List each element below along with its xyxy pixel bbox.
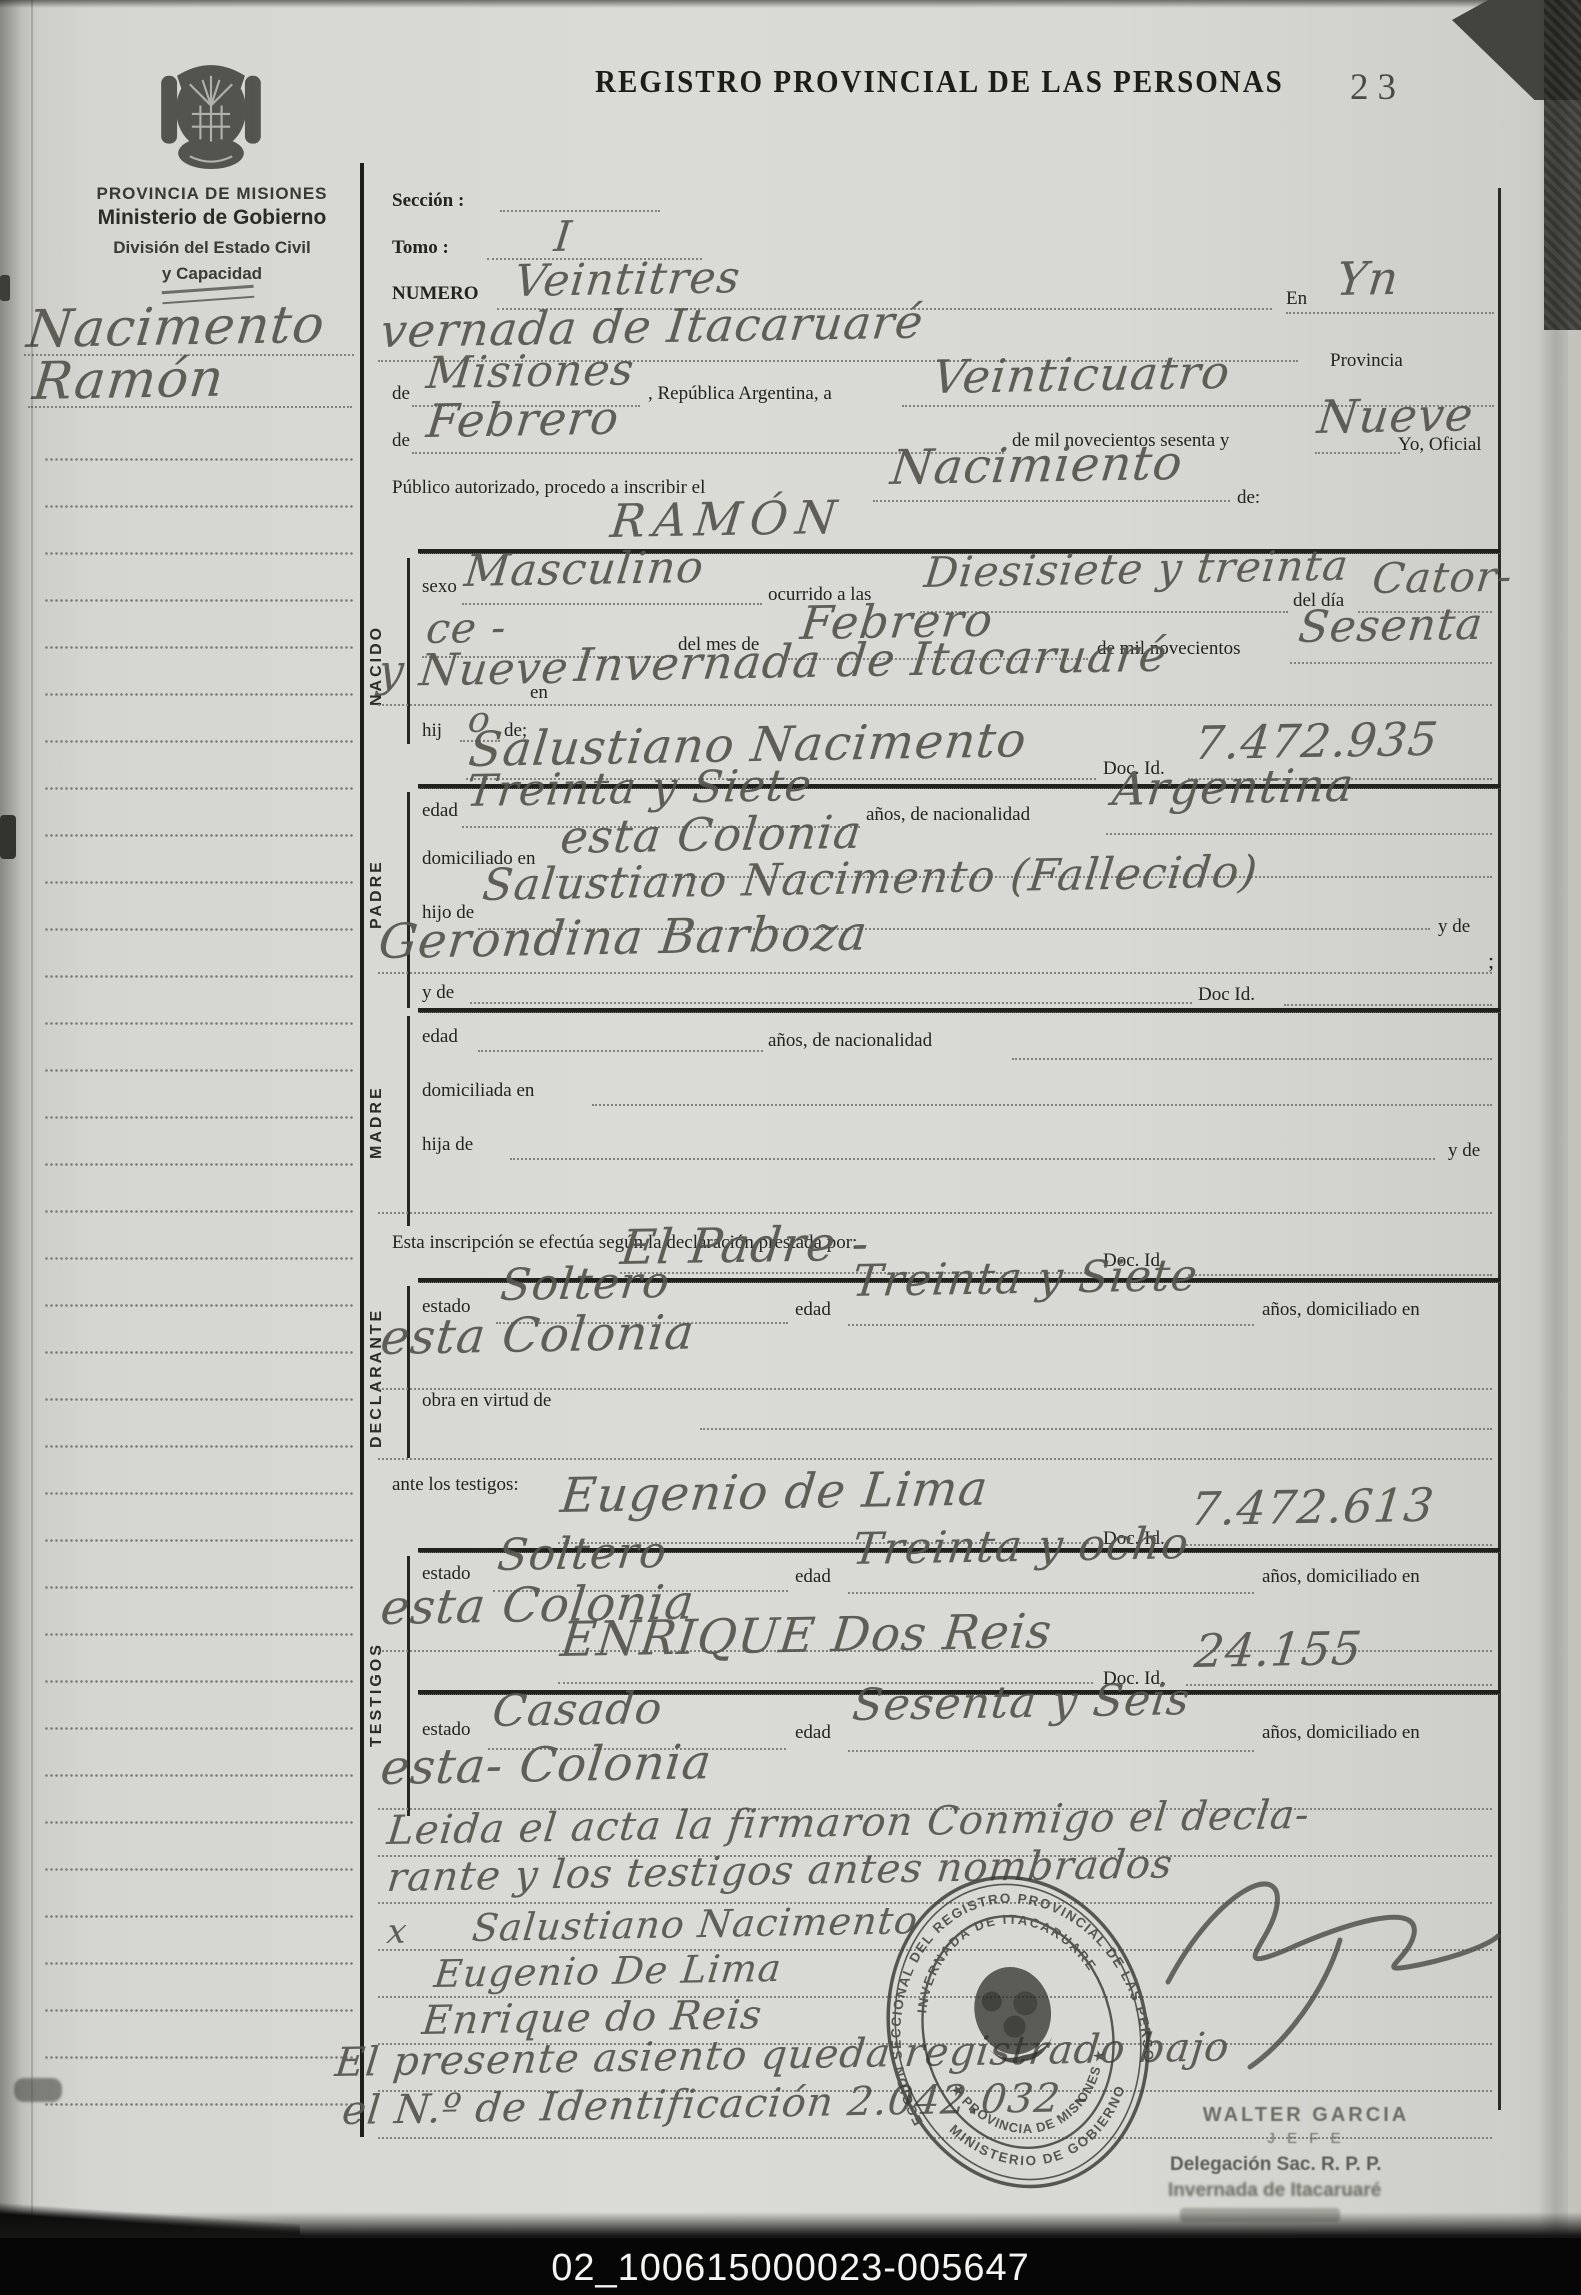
ante-label: ante los testigos: [392,1474,519,1496]
dotted-line [478,1050,763,1052]
testigo1-nombre: Eugenio de Lima [558,1461,991,1524]
dotted-line [848,1324,1254,1326]
section-bracket [407,1016,410,1226]
docid2-label: Doc Id. [1198,984,1255,1006]
provincia-label: Provincia [1330,350,1403,372]
abuela-value: Gerondina Barboza [376,905,871,970]
edad4-label: edad [795,1566,831,1588]
declarante-estado-value: Soltero [498,1257,673,1311]
yo-oficial-label: Yo, Oficial [1398,434,1482,456]
testigo1-edad: Treinta y ocho [850,1518,1192,1575]
column-divider [360,163,364,2137]
dotted-line [1286,312,1494,314]
domicilio2-label: domiciliada en [422,1080,534,1102]
provincia-crest-icon [158,52,264,178]
testigo2-nombre: ENRIQUE Dos Reis [558,1603,1055,1668]
dotted-line [1188,1274,1492,1276]
edad5-label: edad [795,1722,831,1744]
edad1-label: edad [422,800,458,822]
semicolon-mark: ; [1488,948,1494,974]
anio1-value: Sesenta [1296,599,1486,653]
spine-shadow [0,0,40,2240]
dotted-line [378,972,1492,974]
margin-acta-nombre: Ramón [30,349,227,412]
dotted-line [378,1458,1492,1460]
en-value: Yn [1334,251,1402,306]
obra-label: obra en virtud de [422,1390,551,1412]
section-label-madre: MADRE [368,1062,386,1182]
dotted-line [873,500,1230,502]
en2-label: en [530,682,548,704]
en-label: En [1286,288,1307,310]
dia-value-1: Cator- [1370,552,1515,603]
dotted-line [1012,1058,1492,1060]
firma-declarante: Salustiano Nacimento [470,1898,920,1950]
dotted-line [1186,1544,1492,1546]
seccion-label: Sección : [392,190,464,212]
right-curvature-shade [1538,0,1568,2240]
bottom-edge-shadow [0,2212,1581,2240]
dotted-line [1290,662,1492,664]
lugar-nacimiento-value: Invernada de Itacaruaré [572,628,1170,692]
official-name: WALTER GARCIA [1196,2104,1416,2127]
hora-value: Diesisiete y treinta [922,541,1351,597]
inscripto-value: RAMÓN [608,490,847,548]
form-title: REGISTRO PROVINCIAL DE LAS PERSONAS [595,64,1284,100]
dotted-line [470,1002,1192,1004]
page-number: 23 [1350,66,1405,109]
dotted-line [28,406,352,408]
yde1-label: y de [1438,916,1470,938]
scanned-document-photo: PROVINCIA DE MISIONES Ministerio de Gobi… [0,0,1581,2295]
stamp-crest [965,1959,1062,2071]
oval-stamp: DIRECCION SECCIONAL DEL REGISTRO PROVINC… [868,1860,1168,2205]
edge-smudge [14,2078,62,2102]
tomo-label: Tomo : [392,237,449,259]
yde2-label: y de [422,982,454,1004]
dotted-line [700,1428,1492,1430]
section-bracket [407,792,410,1008]
dotted-line [848,1750,1254,1752]
testigo1-estado: Soltero [495,1527,670,1581]
edad2-label: edad [422,1026,458,1048]
dotted-line [1106,833,1492,835]
de-label-1: de [392,383,410,405]
official-signature [1128,1862,1508,2082]
margin-ruling [44,436,354,2128]
republica-label: , República Argentina, a [648,383,832,405]
dotted-line [848,1592,1254,1594]
dotted-line [510,1158,1435,1160]
padre-nacionalidad-value: Argentina [1110,758,1357,816]
dotted-line [500,210,660,212]
anios3-label: años, domiciliado en [1262,1722,1420,1744]
edad3-label: edad [795,1299,831,1321]
yde3-label: y de [1448,1140,1480,1162]
acto-value: Nacimiento [888,435,1186,496]
form-right-border [1498,188,1501,2110]
testigo2-docid: 24.155 [1192,1621,1365,1678]
anios2-label: años, domiciliado en [1262,1566,1420,1588]
top-edge-shadow [0,0,1581,8]
firma-x-mark: x [385,1912,409,1952]
hija-label: hija de [422,1134,473,1156]
org-line-4: y Capacidad [62,264,362,284]
nacionalidad1-label: años, de nacionalidad [866,804,1030,826]
testigo2-edad: Sesenta y Seis [850,1674,1193,1731]
anios1-label: años, domiciliado en [1262,1299,1420,1321]
org-line-2: Ministerio de Gobierno [62,206,362,230]
firma-testigo1: Eugenio De Lima [432,1946,784,1996]
official-role: J E F E [1196,2130,1416,2147]
sexo-value: Masculino [462,542,707,597]
dotted-line [592,1104,1492,1106]
scan-id-code: 02_100615000023-005647 [0,2247,1581,2290]
nacionalidad2-label: años, de nacionalidad [768,1030,932,1052]
section-rule [418,1008,1500,1013]
declarante-edad-value: Treinta y Siete [850,1250,1201,1307]
mes-value: Febrero [424,391,622,448]
dotted-line [378,704,1492,706]
testigo2-estado: Casado [490,1683,665,1737]
testigo2-domicilio: esta- Colonia [378,1734,715,1796]
dia-value: Veinticuatro [930,345,1233,404]
edge-smudge [0,815,16,859]
de-label-3: de: [1237,487,1260,509]
official-locality: Invernada de Itacaruaré [1168,2180,1381,2202]
dotted-line [378,1212,1492,1214]
org-line-3: División del Estado Civil [62,238,362,258]
org-line-1: PROVINCIA DE MISIONES [62,184,362,204]
sexo-label: sexo [422,576,457,598]
testigo1-docid: 7.472.613 [1188,1478,1437,1536]
dotted-line [1186,1684,1492,1686]
hij-label: hij [422,720,442,742]
edge-smudge [0,275,10,301]
dotted-line [1284,1004,1492,1006]
spine-crease [31,0,33,2240]
official-delegation: Delegación Sac. R. P. P. [1170,2154,1382,2176]
de-label-2: de [392,430,410,452]
dotted-line [1315,452,1400,454]
declarante-domicilio-value: esta Colonia [378,1305,697,1366]
